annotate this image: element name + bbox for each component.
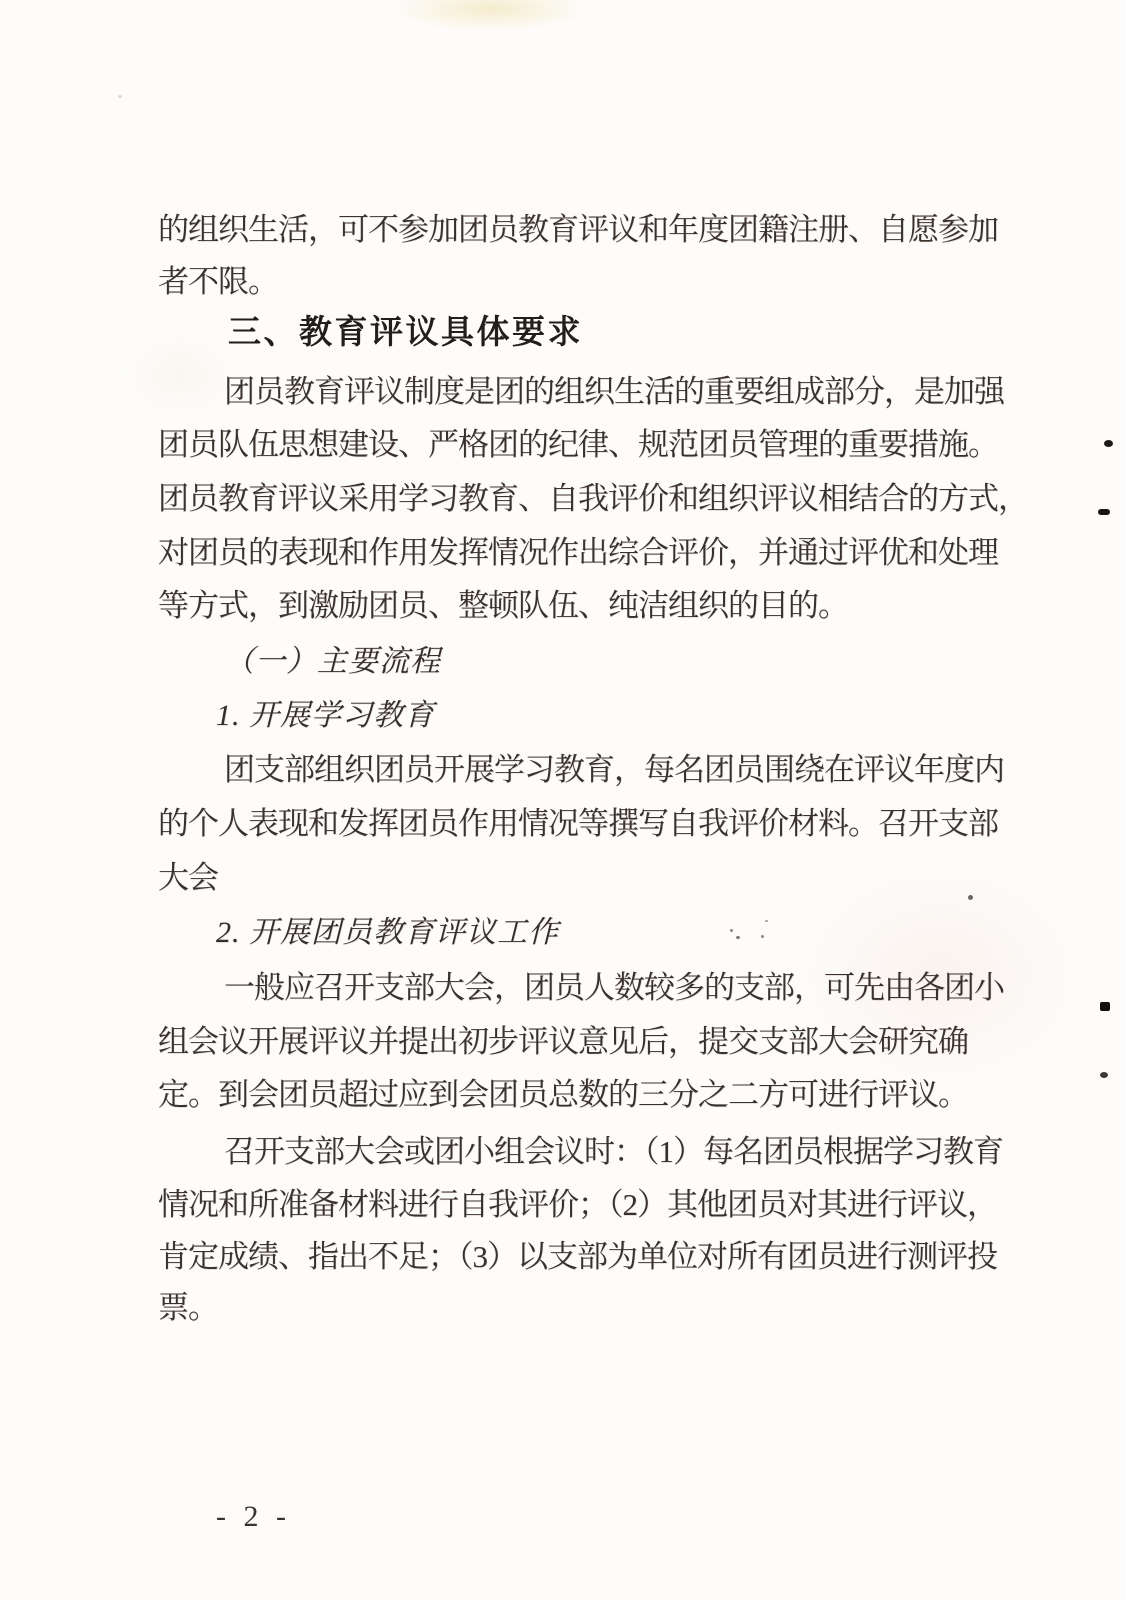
scan-speck (730, 929, 733, 932)
scan-speck (761, 935, 764, 938)
text-line: 对团员的表现和作用发挥情况作出综合评价，并通过评优和处理 (158, 533, 1018, 573)
text-line: 等方式，到激励团员、整顿队伍、纯洁组织的目的。 (158, 586, 1018, 626)
scan-stain (390, 0, 590, 32)
text-line: 一般应召开支部大会，团员人数较多的支部，可先由各团小 (158, 968, 1084, 1008)
text-line: 团员队伍思想建设、严格团的纪律、规范团员管理的重要措施。 (158, 425, 1018, 465)
scan-speck (1100, 1002, 1110, 1011)
scanned-document-page: 的组织生活，可不参加团员教育评议和年度团籍注册、自愿参加 者不限。 三、教育评议… (0, 0, 1125, 1600)
scan-speck (765, 920, 768, 922)
text-line: 的组织生活，可不参加团员教育评议和年度团籍注册、自愿参加 (158, 210, 1018, 250)
scan-speck (968, 895, 973, 900)
scan-speck (1104, 440, 1113, 447)
scan-speck (118, 95, 122, 98)
scan-speck (1100, 1072, 1108, 1078)
scan-speck (736, 936, 740, 939)
text-line: 团员教育评议采用学习教育、自我评价和组织评议相结合的方式， (158, 479, 1018, 519)
text-line: 定。到会团员超过应到会团员总数的三分之二方可进行评议。 (158, 1075, 1018, 1115)
text-line: 大会 (158, 858, 1018, 898)
subsection-heading: 1. 开展学习教育 (158, 696, 1076, 736)
text-line: 肯定成绩、指出不足；（3）以支部为单位对所有团员进行测评投 (158, 1237, 1018, 1277)
text-line: 团支部组织团员开展学习教育，每名团员围绕在评议年度内 (158, 750, 1084, 790)
page-number: - 2 - (216, 1500, 291, 1534)
text-line: 票。 (158, 1288, 1018, 1328)
text-line: 召开支部大会或团小组会议时：（1）每名团员根据学习教育 (158, 1132, 1084, 1172)
text-line: 组会议开展评议并提出初步评议意见后，提交支部大会研究确 (158, 1022, 1018, 1062)
text-line: 者不限。 (158, 262, 1018, 302)
subsection-heading: 2. 开展团员教育评议工作 (158, 913, 1076, 953)
text-line: 情况和所准备材料进行自我评价；（2）其他团员对其进行评议， (158, 1185, 1018, 1225)
section-heading: 三、教育评议具体要求 (158, 312, 1088, 352)
text-line: 团员教育评议制度是团的组织生活的重要组成部分，是加强 (158, 372, 1084, 412)
scan-speck (1098, 509, 1110, 515)
text-line: 的个人表现和发挥团员作用情况等撰写自我评价材料。召开支部 (158, 804, 1018, 844)
subsection-heading: （一）主要流程 (158, 642, 1084, 682)
